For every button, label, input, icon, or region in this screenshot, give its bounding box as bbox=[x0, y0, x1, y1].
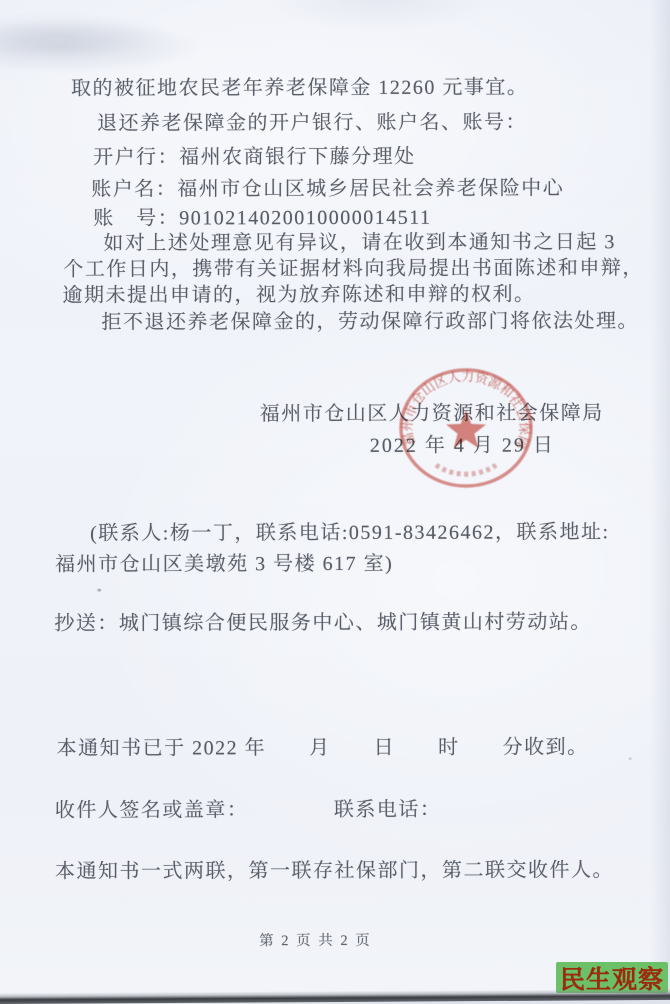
scanned-notice-page: 取的被征地农民老年养老保障金 12260 元事宜。 退还养老保障金的开户银行、账… bbox=[0, 0, 670, 1000]
recipient-phone-label: 联系电话： bbox=[334, 798, 442, 822]
contact-line: 福州市仓山区美墩苑 3 号楼 617 室) bbox=[55, 552, 393, 577]
recipient-sign-label: 收件人签名或盖章： bbox=[55, 798, 249, 823]
body-line: 账户名：福州市仓山区城乡居民社会养老保险中心 bbox=[91, 176, 564, 201]
body-line: 如对上述处理意见有异议，请在收到本通知书之日起 3 bbox=[103, 230, 616, 255]
cc-line: 抄送：城门镇综合便民服务中心、城门镇黄山村劳动站。 bbox=[54, 610, 592, 635]
copies-note: 本通知书一式两联，第一联存社保部门，第二联交收件人。 bbox=[55, 858, 614, 883]
scan-speckle bbox=[629, 757, 632, 760]
body-line-account-number: 账 号：9010214020010000014511 bbox=[93, 206, 431, 231]
body-line: 取的被征地农民老年养老保障金 12260 元事宜。 bbox=[71, 75, 529, 100]
official-seal: 福州市仓山区人力资源和社会保障局 bbox=[391, 363, 541, 495]
body-line: 个工作日内，携带有关证据材料向我局提出书面陈述和申辩， bbox=[63, 256, 644, 282]
star-icon bbox=[446, 410, 486, 448]
body-line: 开户行：福州农商银行下藤分理处 bbox=[93, 145, 416, 170]
contact-line: (联系人:杨一丁，联系电话:0591-83426462，联系地址: bbox=[90, 520, 610, 545]
scan-speckle bbox=[97, 589, 101, 592]
body-line: 拒不退还养老保障金的，劳动保障行政部门将依法处理。 bbox=[102, 309, 640, 334]
body-line: 逾期未提出申请的，视为放弃陈述和申辩的权利。 bbox=[62, 282, 535, 307]
page-number: 第 2 页 共 2 页 bbox=[259, 929, 372, 953]
body-line: 退还养老保障金的开户银行、账户名、账号： bbox=[97, 110, 527, 135]
receipt-line: 本通知书已于 2022 年 月 日 时 分收到。 bbox=[57, 735, 589, 760]
document-text-layer: 取的被征地农民老年养老保障金 12260 元事宜。 退还养老保障金的开户银行、账… bbox=[0, 0, 670, 1000]
seal-bottom-text-blur bbox=[436, 465, 496, 474]
